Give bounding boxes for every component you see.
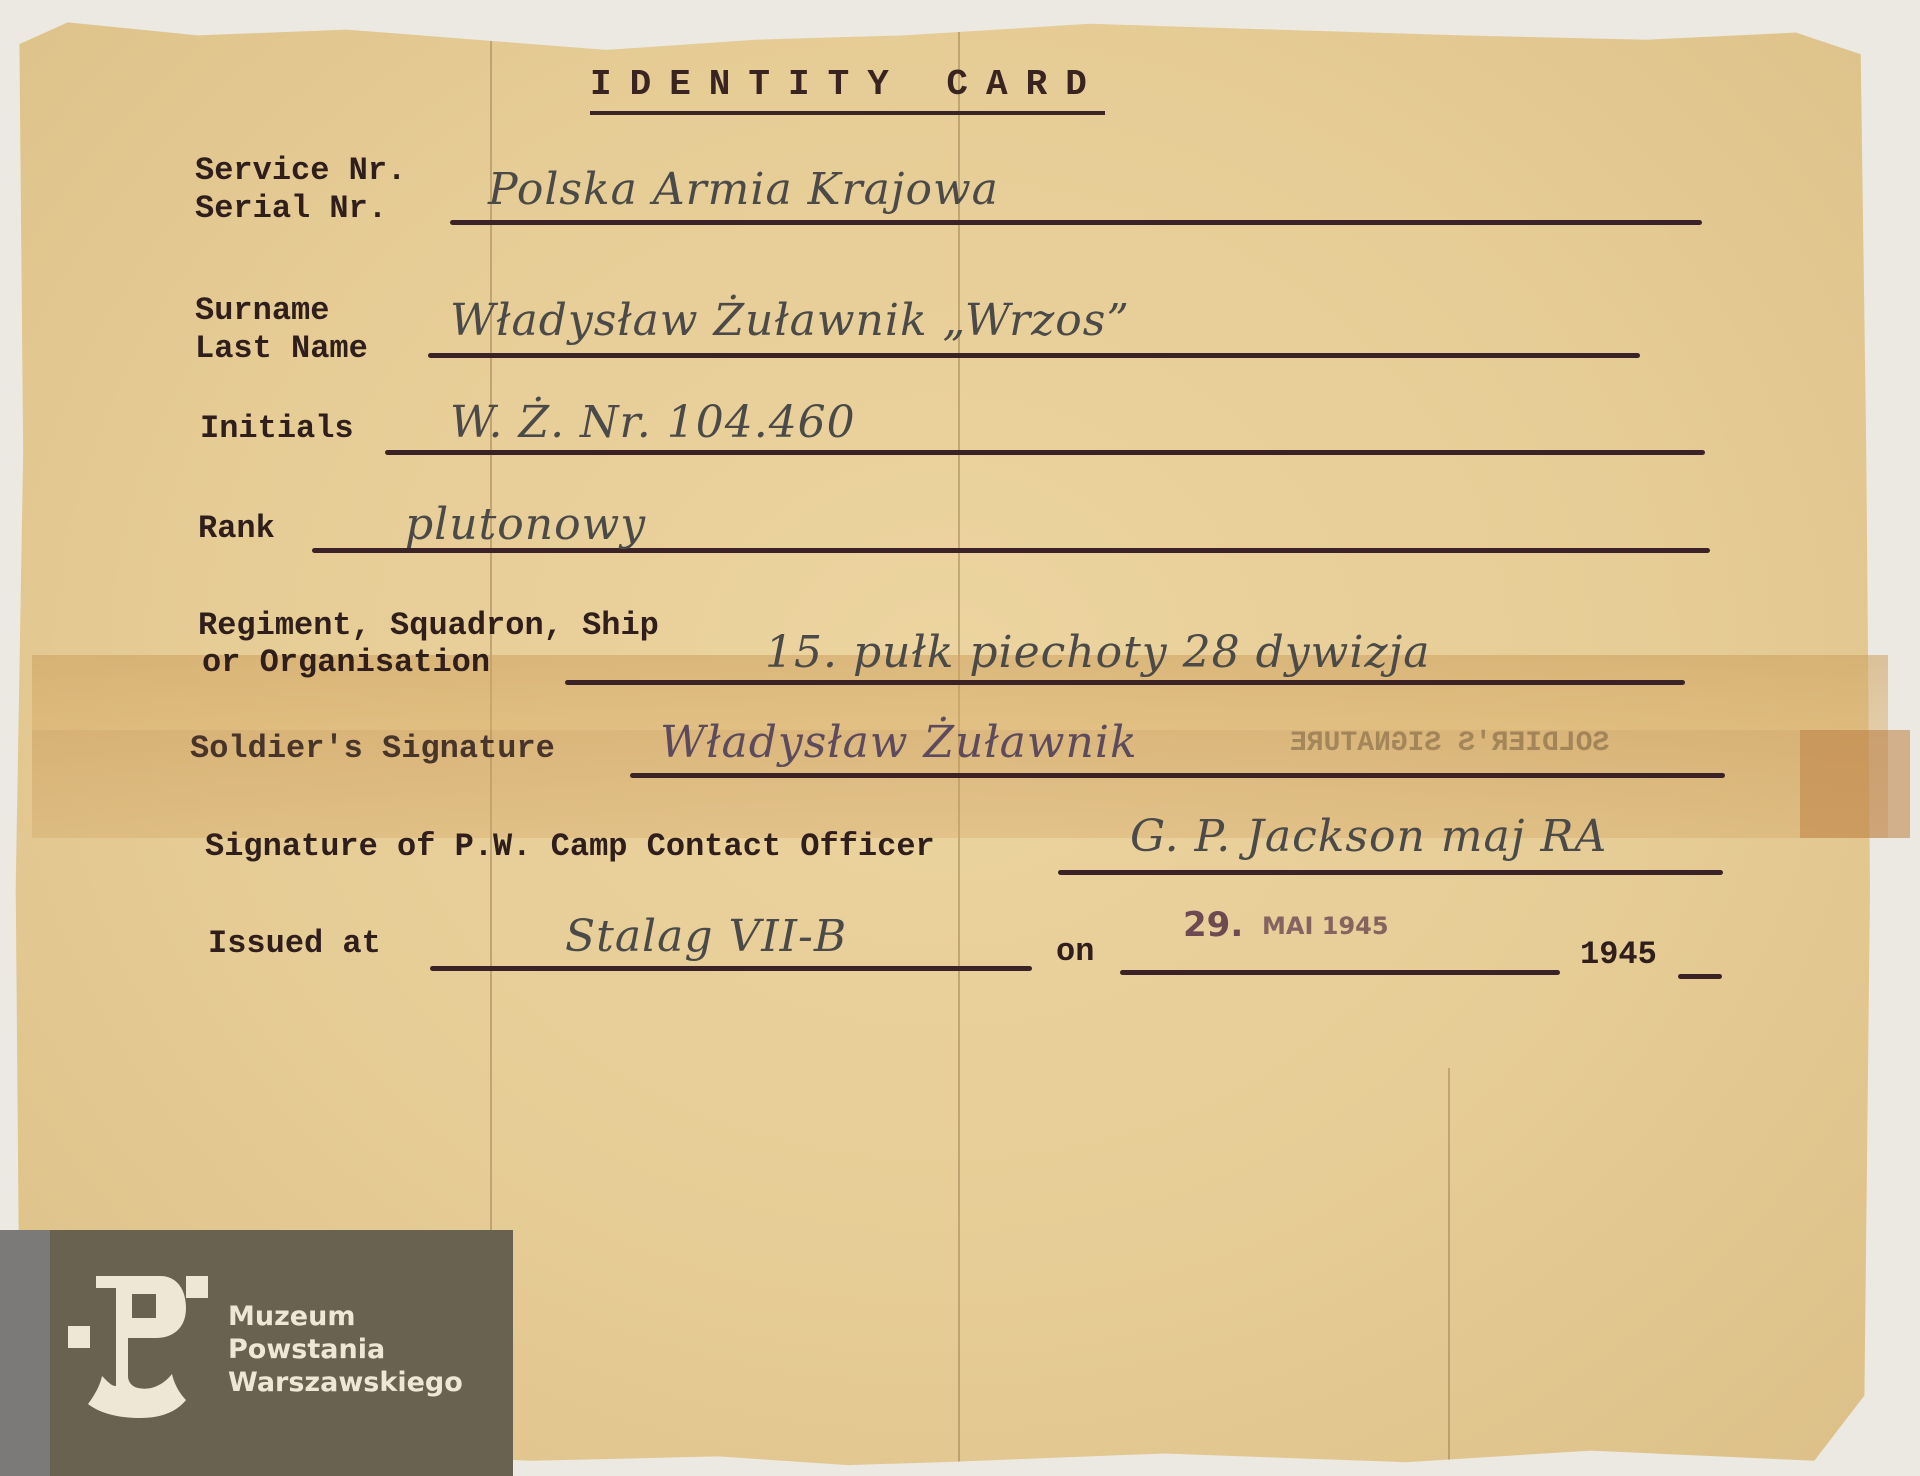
issued-at-label: Issued at bbox=[208, 925, 381, 963]
service-nr-label: Service Nr. bbox=[195, 152, 406, 190]
date-stamp-day: 29. bbox=[1183, 905, 1243, 945]
rank-value: plutonowy bbox=[405, 500, 646, 550]
show-through-text: SOLDIER'S SIGNATURE bbox=[1290, 728, 1609, 759]
regiment-line bbox=[565, 680, 1685, 685]
date-stamp-rest: MAI 1945 bbox=[1262, 912, 1389, 940]
soldier-signature-line bbox=[630, 773, 1725, 778]
regiment-label: Regiment, Squadron, Ship bbox=[198, 607, 659, 645]
service-nr-line bbox=[450, 220, 1702, 225]
fold-line-right bbox=[1448, 1068, 1450, 1468]
surname-label: Surname bbox=[195, 292, 329, 330]
initials-value: W. Ż. Nr. 104.460 bbox=[450, 398, 856, 448]
tape-end bbox=[1800, 730, 1910, 838]
watermark-background bbox=[0, 1230, 50, 1476]
soldier-signature-value: Władysław Żuławnik bbox=[660, 718, 1138, 768]
issued-on-label: on bbox=[1056, 933, 1094, 971]
surname-line bbox=[428, 353, 1640, 358]
officer-signature-value: G. P. Jackson maj RA bbox=[1130, 812, 1607, 862]
museum-name-line1: Muzeum bbox=[228, 1300, 463, 1333]
initials-line bbox=[385, 450, 1705, 455]
serial-nr-label: Serial Nr. bbox=[195, 190, 387, 228]
year-underline bbox=[1678, 974, 1722, 979]
organisation-label: or Organisation bbox=[202, 644, 490, 682]
service-nr-value: Polska Armia Krajowa bbox=[488, 165, 999, 215]
museum-name: Muzeum Powstania Warszawskiego bbox=[228, 1300, 463, 1399]
card-title: IDENTITY CARD bbox=[590, 64, 1105, 115]
museum-name-line2: Powstania bbox=[228, 1333, 463, 1366]
issued-at-line bbox=[430, 966, 1032, 971]
issued-on-line bbox=[1120, 970, 1560, 975]
soldier-signature-label: Soldier's Signature bbox=[190, 730, 555, 768]
issued-at-value: Stalag VII-B bbox=[565, 912, 847, 962]
typed-year: 1945 bbox=[1580, 936, 1657, 973]
officer-signature-label: Signature of P.W. Camp Contact Officer bbox=[205, 828, 935, 866]
last-name-label: Last Name bbox=[195, 330, 368, 368]
officer-signature-line bbox=[1058, 870, 1723, 875]
surname-value: Władysław Żuławnik „Wrzos” bbox=[450, 296, 1130, 346]
initials-label: Initials bbox=[200, 410, 354, 448]
rank-label: Rank bbox=[198, 510, 275, 548]
museum-name-line3: Warszawskiego bbox=[228, 1366, 463, 1399]
museum-watermark: Muzeum Powstania Warszawskiego bbox=[0, 1230, 513, 1476]
kotwica-anchor-logo-icon bbox=[68, 1276, 208, 1421]
regiment-value: 15. pułk piechoty 28 dywizja bbox=[765, 628, 1430, 678]
